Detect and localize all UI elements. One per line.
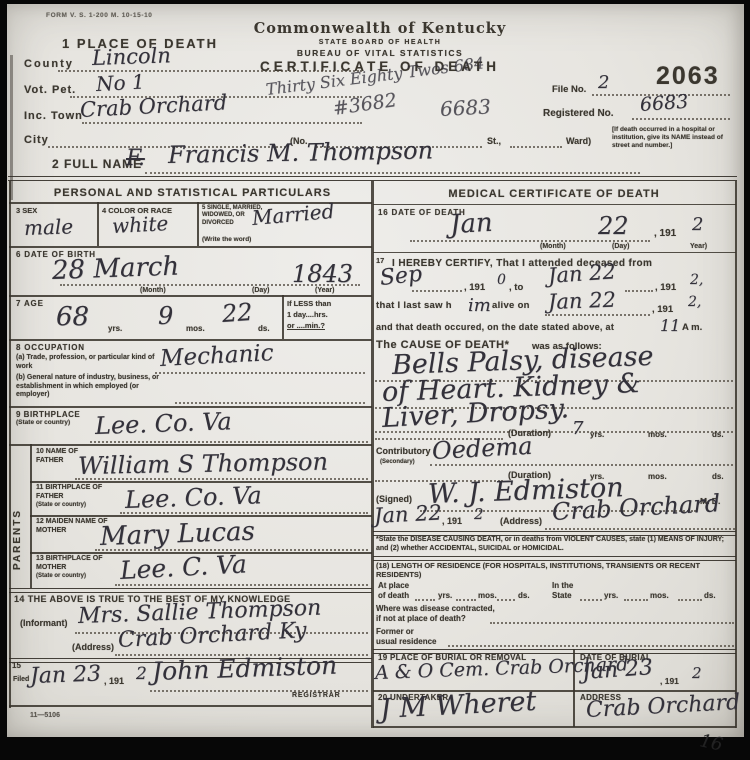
cause-yrs-cap: yrs. [590,430,604,439]
age-label: 7 AGE [16,299,44,308]
parents-label: PARENTS [12,470,23,570]
occupation-label: 8 OCCUPATION [16,343,85,352]
contracted-line1: Where was disease contracted, [376,604,495,613]
contracted-dotted [490,615,734,624]
res1-dotted-b [456,593,476,601]
full-name-value: Francis M. Thompson [168,136,433,169]
saw-him-insert: im [468,295,491,316]
cause-mos-cap: mos. [648,430,667,439]
filed-year-value: 2 [136,664,147,684]
res1-mos-cap: mos. [478,591,497,600]
age-less-line3: or ....min.? [287,321,325,330]
secondary-cap: (Secondary) [380,459,415,465]
birthplace-hint: (State or country) [16,419,70,426]
res2-ds-cap: ds. [704,591,716,600]
former-dotted [448,638,734,647]
certify-to-dotted [625,282,653,292]
burial-date-value: Jan 23 [581,655,654,685]
saw-dotted [545,306,650,316]
cause-ds-cap: ds. [712,430,724,439]
registrar-label: REGISTRAR [292,692,340,699]
full-name-struck-initial: F. [126,146,145,171]
res2-dotted-c [678,593,702,601]
sex-label: 3 SEX [16,206,37,215]
file-no-label: File No. [552,84,586,95]
inc-town-label: Inc. Town [24,110,83,122]
death-certificate-scan: FORM V. S. 1-200 M. 10-15-10 Commonwealt… [0,0,750,760]
res1-dotted-c [497,593,515,601]
saw-year-printed: , 191 [652,304,673,315]
at-place-line1: At place [378,581,409,590]
certify-to-year-printed: , 191 [655,282,676,293]
mother-bp-dotted [115,576,368,586]
age-months-value: 9 [158,302,173,330]
left-footer-code: 11—5106 [30,712,60,719]
medical-header-rule [373,204,736,205]
informant-address-label: (Address) [72,642,114,652]
duration2-ds-cap: ds. [712,472,724,481]
column-divider [371,181,374,728]
dod-year-printed: , 191 [654,228,676,239]
registrar-dotted [150,682,368,692]
scrawl-number2: 6683 [439,94,491,121]
certify-from-dotted [412,282,462,292]
age-days-value: 22 [221,298,253,328]
contracted-line2: if not at place of death? [376,614,466,623]
dob-day-cap: (Day) [252,287,270,294]
mother-bp-label: 13 BIRTHPLACE OF MOTHER [36,555,108,572]
corner-pencil-mark: 16 [698,730,725,755]
sign-address-dotted [545,520,735,530]
certify-from-year-printed: , 191 [464,282,485,293]
right-border [735,181,737,728]
death-time-value: 11 [660,316,680,335]
certify-number: 17 [376,256,384,265]
file-no-value: 2 [598,72,609,93]
city-st-label: St., [487,136,501,146]
row-rule-father-bp [30,515,372,517]
birthplace-label: 9 BIRTHPLACE [16,410,80,419]
dod-year-value: 2 [692,214,703,235]
res2-dotted-a [580,593,602,601]
row-rule-age [9,339,372,341]
sign-year-printed: , 191 [442,516,462,526]
medical-section-title: MEDICAL CERTIFICATE OF DEATH [375,188,733,200]
personal-section-title: PERSONAL AND STATISTICAL PARTICULARS [20,187,365,199]
row-rule-occ [9,406,372,408]
sign-date-value: Jan 22 [373,500,442,528]
contributory-label: Contributory [376,446,431,456]
cell-divider-1 [97,202,99,246]
registered-no-value: 6683 [639,91,689,116]
birthplace-dotted [90,433,368,443]
burial-bottom-rule [373,726,736,728]
vot-pet-value: No 1 [95,69,145,96]
form-code: FORM V. S. 1-200 M. 10-15-10 [46,12,153,19]
age-mos-cap: mos. [186,324,205,333]
certify-to-printed: , to [509,282,523,293]
row-rule-bp [9,444,372,446]
filed-year-printed: , 191 [104,676,124,686]
occupation-a-dotted [155,364,365,374]
burial-year-printed: , 191 [660,676,679,686]
father-bp-hint: (State or country) [36,502,86,508]
res2-yrs-cap: yrs. [604,591,618,600]
filed-number: 15 [12,661,21,670]
left-column-bottom-rule [9,705,372,707]
certify-from-year-value: 0 [497,272,506,288]
race-value: white [111,211,168,238]
certify-to-value: Jan 22 [547,259,616,288]
saw-year-value: 2, [688,294,701,310]
certify-to-year-value: 2, [690,272,703,288]
res1-yrs-cap: yrs. [438,591,452,600]
age-years-value: 68 [56,302,89,332]
state-label: State [552,591,572,600]
hospital-note: [If death occurred in a hospital or inst… [612,126,732,150]
state-board-line: STATE BOARD OF HEALTH [190,39,570,46]
dod-dotted [410,232,650,242]
at-place-line2: of death [378,591,409,600]
sign-year-value: 2 [474,505,484,523]
age-cell-divider [282,295,284,339]
dod-year-cap: Year) [690,243,707,250]
death-time-suffix: A m. [682,322,702,333]
mother-name-label: 12 MAIDEN NAME OF MOTHER [36,518,108,535]
age-less-line1: If LESS than [287,299,331,308]
registered-no-label: Registered No. [543,108,614,119]
row-rule-sex [9,246,372,248]
age-yrs-cap: yrs. [108,324,122,333]
occupation-b-dotted [175,394,365,404]
residence-label: (18) LENGTH OF RESIDENCE (FOR HOSPITALS,… [376,561,728,579]
cause-duration-value: 7 [572,418,583,439]
dod-month-cap: (Month) [540,243,566,250]
death-occurred-line: and that death occured, on the date stat… [376,322,614,332]
city-ward-dotted-line [510,137,562,148]
vot-pet-label: Vot. Pet. [24,84,76,96]
informant-label: (Informant) [20,618,68,628]
filed-prefix: Filed [13,676,29,683]
county-value: Lincoln [92,43,172,70]
in-the-label: In the [552,581,573,590]
age-less-line2: 1 day....hrs. [287,310,328,319]
former-line1: Former or [376,627,414,636]
dob-month-cap: (Month) [140,287,166,294]
age-ds-cap: ds. [258,324,270,333]
father-bp-label: 11 BIRTHPLACE OF FATHER [36,484,108,501]
father-name-dotted [75,470,368,480]
father-bp-dotted [120,504,368,514]
city-ward-label: Ward) [566,136,591,146]
res2-mos-cap: mos. [650,591,669,600]
occupation-b-label: (b) General nature of industry, business… [16,374,168,400]
former-line2: usual residence [376,637,436,646]
marital-hint: (Write the word) [202,236,251,243]
burial-year-value: 2 [692,664,702,682]
row-rule-dob [9,295,372,297]
sign-address-label: (Address) [500,516,542,526]
saw-mid: alive on [492,300,530,311]
row-rule-father-name [30,481,372,483]
city-label: City [24,134,49,146]
res2-dotted-b [624,593,648,601]
contributory-dotted [430,456,733,466]
dod-day-cap: (Day) [612,243,630,250]
bureau-line: BUREAU OF VITAL STATISTICS [190,48,570,58]
dod-bottom-rule [373,252,736,253]
res1-ds-cap: ds. [518,591,530,600]
commonwealth-title: Commonwealth of Kentucky [190,20,570,37]
violent-causes-footnote: *State the DISEASE CAUSING DEATH, or in … [376,536,732,553]
filed-date-value: Jan 23 [30,662,102,689]
duration2-mos-cap: mos. [648,472,667,481]
dob-dotted-line [60,276,360,286]
dob-year-cap: (Year) [315,287,334,294]
res1-dotted-a [415,593,435,601]
sex-value: male [24,214,74,240]
saw-prefix: that I last saw h [376,300,452,311]
mother-bp-hint: (State or country) [36,573,86,579]
occupation-a-label: (a) Trade, profession, or particular kin… [16,354,156,371]
cell-divider-2 [197,202,199,246]
parents-bottom-rule [9,588,372,593]
